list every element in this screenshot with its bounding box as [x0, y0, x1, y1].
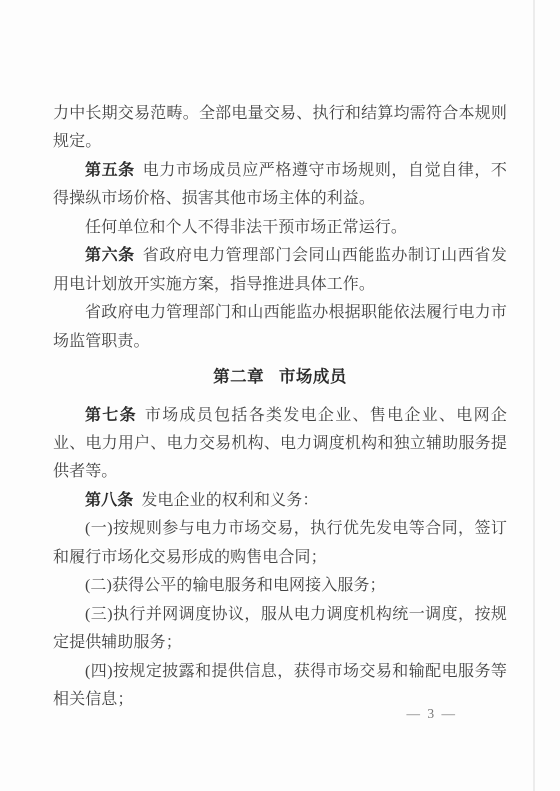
list-item-3: (三)执行并网调度协议，服从电力调度机构统一调度，按规定提供辅助服务； [53, 601, 507, 658]
article-6-paragraph: 第六条省政府电力管理部门会同山西能监办制订山西省发用电计划放开实施方案，指导推进… [53, 242, 507, 299]
scanned-document-page: 力中长期交易范畴。全部电量交易、执行和结算均需符合本规则规定。 第五条电力市场成… [0, 0, 560, 791]
list-item-2: (二)获得公平的输电服务和电网接入服务； [53, 572, 507, 600]
article-term: 第六条 [85, 247, 135, 264]
paragraph-text: 发电企业的权利和义务： [141, 492, 318, 509]
article-5-paragraph: 第五条电力市场成员应严格遵守市场规则，自觉自律，不得操纵市场价格、损害其他市场主… [53, 157, 507, 214]
paragraph-text: (四)按规定披露和提供信息，获得市场交易和输配电服务等相关信息； [53, 663, 507, 708]
chapter-number: 第二章 [213, 367, 264, 386]
article-term: 第八条 [85, 492, 133, 509]
paragraph-text: (一)按规则参与电力市场交易，执行优先发电等合同，签订和履行市场化交易形成的购售… [53, 520, 507, 565]
article-term: 第五条 [85, 162, 135, 179]
paragraph-text: 力中长期交易范畴。全部电量交易、执行和结算均需符合本规则规定。 [53, 105, 507, 150]
page-number: — 3 — [407, 706, 458, 722]
paragraph-continuation: 力中长期交易范畴。全部电量交易、执行和结算均需符合本规则规定。 [53, 100, 507, 157]
article-8-paragraph: 第八条发电企业的权利和义务： [53, 487, 507, 515]
paragraph-text: (三)执行并网调度协议，服从电力调度机构统一调度，按规定提供辅助服务； [53, 606, 507, 651]
article-term: 第七条 [85, 407, 137, 424]
list-item-1: (一)按规则参与电力市场交易，执行优先发电等合同，签订和履行市场化交易形成的购售… [53, 515, 507, 572]
paragraph-text: 任何单位和个人不得非法干预市场正常运行。 [85, 219, 407, 236]
article-7-paragraph: 第七条市场成员包括各类发电企业、售电企业、电网企业、电力用户、电力交易机构、电力… [53, 402, 507, 487]
body-paragraph: 任何单位和个人不得非法干预市场正常运行。 [53, 214, 507, 242]
body-paragraph: 省政府电力管理部门和山西能监办根据职能依法履行电力市场监管职责。 [53, 299, 507, 356]
chapter-heading: 第二章市场成员 [53, 363, 507, 391]
paragraph-text: 省政府电力管理部门和山西能监办根据职能依法履行电力市场监管职责。 [53, 304, 507, 349]
chapter-title: 市场成员 [279, 367, 347, 386]
scan-artifact-line [533, 0, 535, 791]
paragraph-text: (二)获得公平的输电服务和电网接入服务； [85, 577, 386, 594]
document-body: 力中长期交易范畴。全部电量交易、执行和结算均需符合本规则规定。 第五条电力市场成… [53, 100, 507, 715]
